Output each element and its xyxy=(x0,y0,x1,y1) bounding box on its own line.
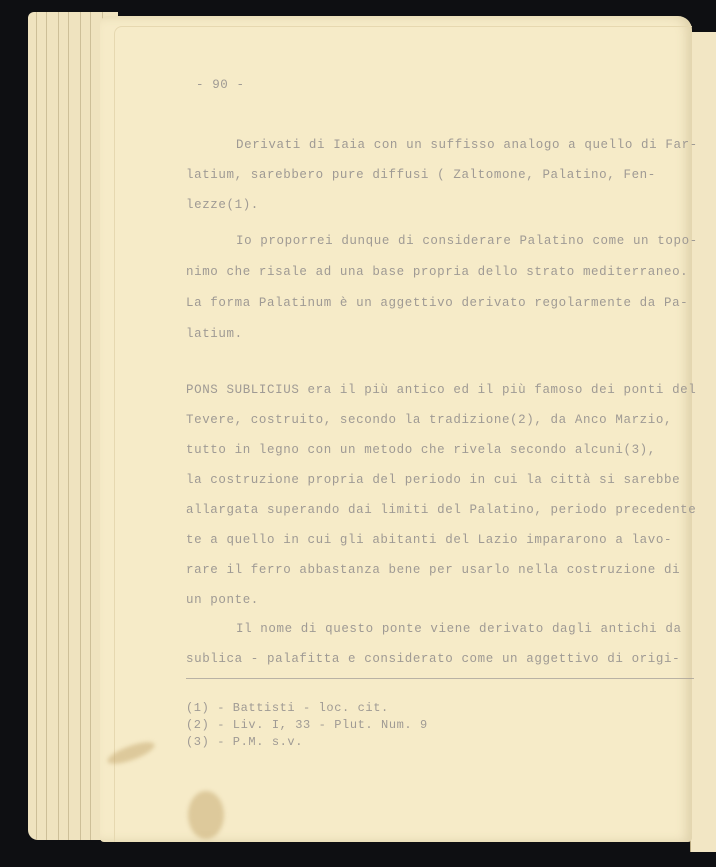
text-line: allargata superando dai limiti del Palat… xyxy=(186,503,696,517)
document-page: - 90 - Derivati di Iaia con un suffisso … xyxy=(100,16,692,842)
text-line: nimo che risale ad una base propria dell… xyxy=(186,265,688,279)
stain xyxy=(188,791,224,839)
text-line: Derivati di Iaia con un suffisso analogo… xyxy=(236,138,698,152)
footnote: (2) - Liv. I, 33 - Plut. Num. 9 xyxy=(186,718,428,732)
text-line: PONS SUBLICIUS era il più antico ed il p… xyxy=(186,383,696,397)
footnote-divider xyxy=(186,678,694,679)
text-line: tutto in legno con un metodo che rivela … xyxy=(186,443,656,457)
text-line: rare il ferro abbastanza bene per usarlo… xyxy=(186,563,680,577)
text-line: latium. xyxy=(186,327,243,341)
text-line: Il nome di questo ponte viene derivato d… xyxy=(236,622,682,636)
text-line: Io proporrei dunque di considerare Palat… xyxy=(236,234,698,248)
text-line: Tevere, costruito, secondo la tradizione… xyxy=(186,413,672,427)
text-line: te a quello in cui gli abitanti del Lazi… xyxy=(186,533,672,547)
footnote: (1) - Battisti - loc. cit. xyxy=(186,701,389,715)
text-line: latium, sarebbero pure diffusi ( Zaltomo… xyxy=(186,168,656,182)
text-line: La forma Palatinum è un aggettivo deriva… xyxy=(186,296,688,310)
footnote: (3) - P.M. s.v. xyxy=(186,735,303,749)
text-line: un ponte. xyxy=(186,593,259,607)
text-line: la costruzione propria del periodo in cu… xyxy=(186,473,680,487)
facing-page-edge xyxy=(690,32,716,852)
text-line: sublica - palafitta e considerato come u… xyxy=(186,652,680,666)
text-line: lezze(1). xyxy=(186,198,259,212)
page-number: - 90 - xyxy=(196,78,245,92)
